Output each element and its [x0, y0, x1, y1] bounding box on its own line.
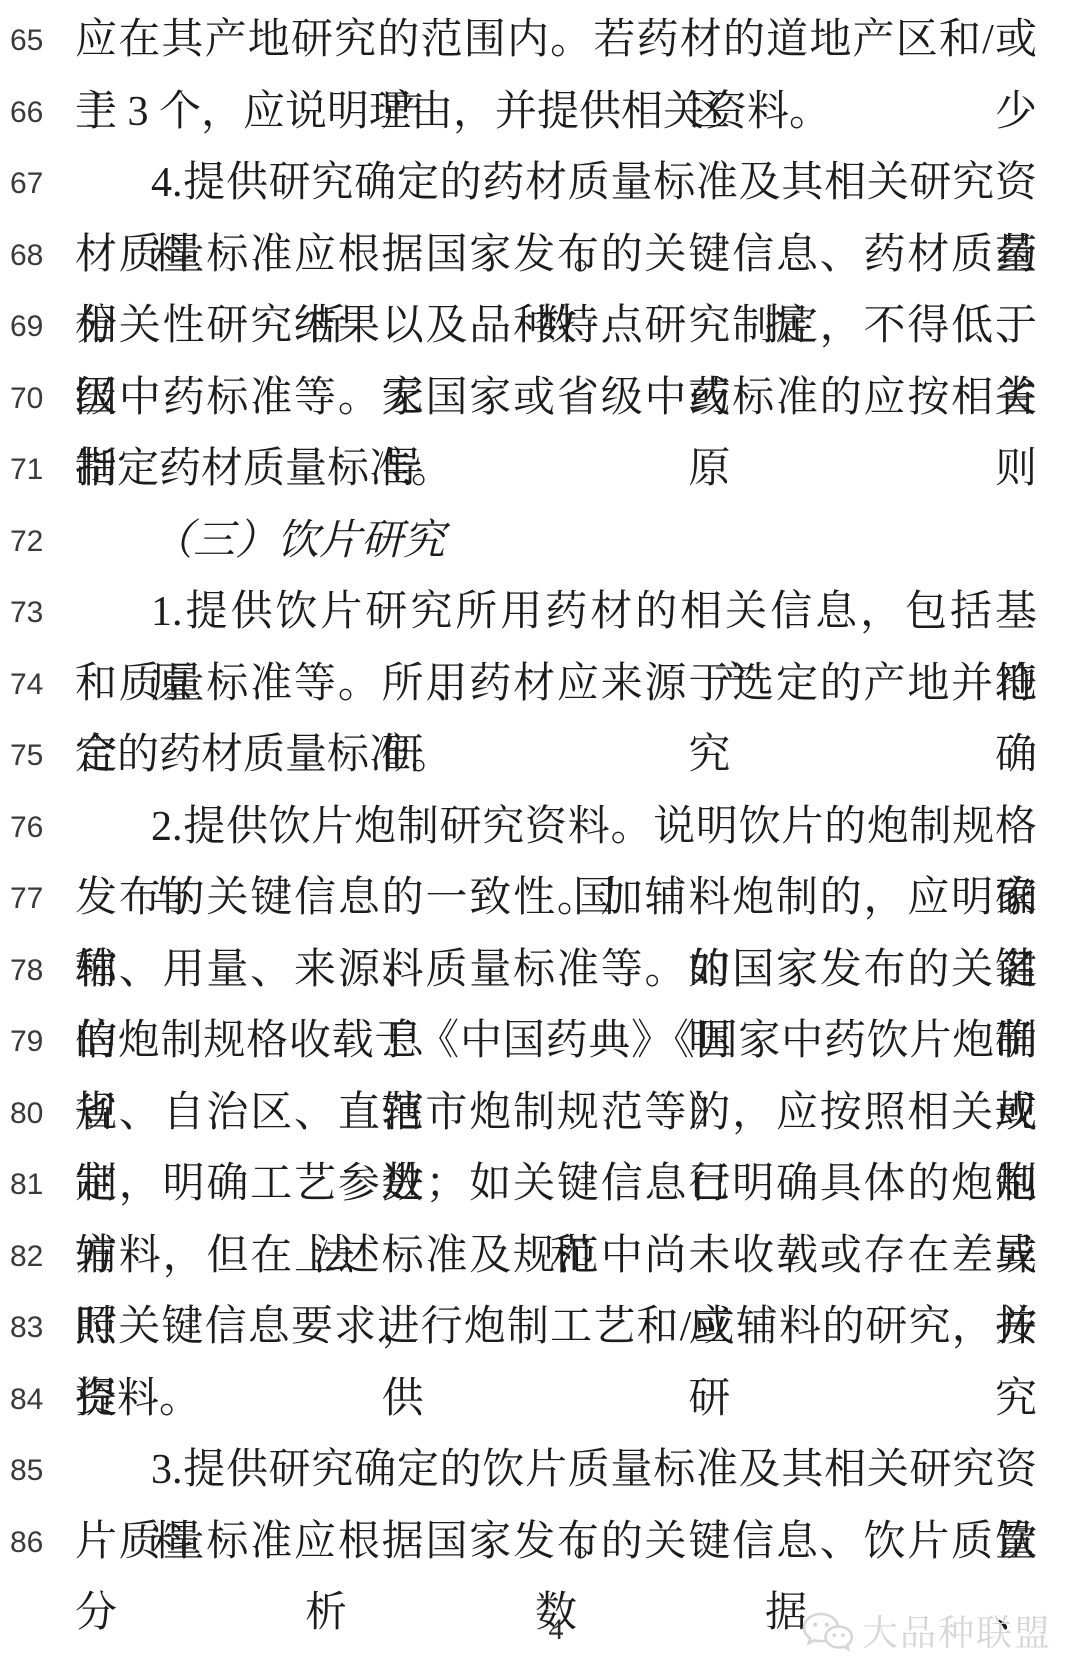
line-number: 68	[10, 220, 65, 292]
line-row: 79 的炮制规格收载于《中国药典》《国家中药饮片炮制规范》或	[0, 1006, 1080, 1078]
watermark-brand: 大品种联盟	[862, 1612, 1052, 1654]
line-row: 74 和质量标准等。所用药材应来源于选定的产地并符合研究确	[0, 649, 1080, 721]
line-row: 69 相关性研究结果以及品种特点研究制定，不得低于国家或省	[0, 291, 1080, 363]
line-text: （三）饮片研究	[75, 506, 1037, 578]
line-row: 81 制，明确工艺参数；如关键信息已明确具体的炮制方法和/或	[0, 1149, 1080, 1221]
line-number: 77	[10, 863, 65, 935]
line-number: 74	[10, 649, 65, 721]
line-row: 86 片质量标准应根据国家发布的关键信息、饮片质量分析数据、	[0, 1507, 1080, 1579]
document-body: 65 应在其产地研究的范围内。若药材的道地产区和/或主产区少 66 于 3 个，…	[0, 5, 1080, 1578]
line-number: 65	[10, 5, 65, 77]
line-number: 83	[10, 1292, 65, 1364]
line-number: 85	[10, 1435, 65, 1507]
line-number: 86	[10, 1507, 65, 1579]
watermark: 大品种联盟	[802, 1612, 1052, 1654]
line-number: 78	[10, 935, 65, 1007]
line-number: 80	[10, 1078, 65, 1150]
line-number: 81	[10, 1149, 65, 1221]
line-number: 73	[10, 577, 65, 649]
line-number: 71	[10, 434, 65, 506]
line-number: 66	[10, 77, 65, 149]
line-text: 定的药材质量标准。	[75, 720, 1037, 792]
line-row: 68 材质量标准应根据国家发布的关键信息、药材质量分析数据、	[0, 220, 1080, 292]
line-number: 75	[10, 720, 65, 792]
line-number: 82	[10, 1221, 65, 1293]
line-number: 84	[10, 1364, 65, 1436]
line-text: 制定药材质量标准。	[75, 434, 1037, 506]
line-row: 77 发布的关键信息的一致性。加辅料炮制的，应明确辅料的名	[0, 863, 1080, 935]
line-row: 72 （三）饮片研究	[0, 506, 1080, 578]
line-row: 76 2.提供饮片炮制研究资料。说明饮片的炮制规格与国家	[0, 792, 1080, 864]
line-number: 76	[10, 792, 65, 864]
line-number: 72	[10, 506, 65, 578]
line-text: 资料。	[75, 1364, 1037, 1436]
line-row: 73 1.提供饮片研究所用药材的相关信息，包括基原、产地	[0, 577, 1080, 649]
line-row: 70 级中药标准等。无国家或省级中药标准的应按相关指导原则	[0, 363, 1080, 435]
line-number: 79	[10, 1006, 65, 1078]
line-number: 70	[10, 363, 65, 435]
line-row: 82 辅料，但在上述标准及规范中尚未收载或存在差异时，应按	[0, 1221, 1080, 1293]
document-page: 65 应在其产地研究的范围内。若药材的道地产区和/或主产区少 66 于 3 个，…	[0, 0, 1080, 1676]
line-row: 84 资料。	[0, 1364, 1080, 1436]
line-number: 67	[10, 148, 65, 220]
line-row: 71 制定药材质量标准。	[0, 434, 1080, 506]
line-row: 66 于 3 个，应说明理由，并提供相关资料。	[0, 77, 1080, 149]
line-row: 80 省、自治区、直辖市炮制规范等的，应按照相关规定进行炮	[0, 1078, 1080, 1150]
line-row: 67 4.提供研究确定的药材质量标准及其相关研究资料。药	[0, 148, 1080, 220]
line-row: 75 定的药材质量标准。	[0, 720, 1080, 792]
line-row: 65 应在其产地研究的范围内。若药材的道地产区和/或主产区少	[0, 5, 1080, 77]
line-row: 78 称、用量、来源、质量标准等。如国家发布的关键信息明确	[0, 935, 1080, 1007]
wechat-icon	[802, 1612, 854, 1654]
line-row: 83 照关键信息要求进行炮制工艺和/或辅料的研究，并提供研究	[0, 1292, 1080, 1364]
line-row: 85 3.提供研究确定的饮片质量标准及其相关研究资料。饮	[0, 1435, 1080, 1507]
line-number: 69	[10, 291, 65, 363]
line-text: 于 3 个，应说明理由，并提供相关资料。	[75, 77, 1037, 149]
